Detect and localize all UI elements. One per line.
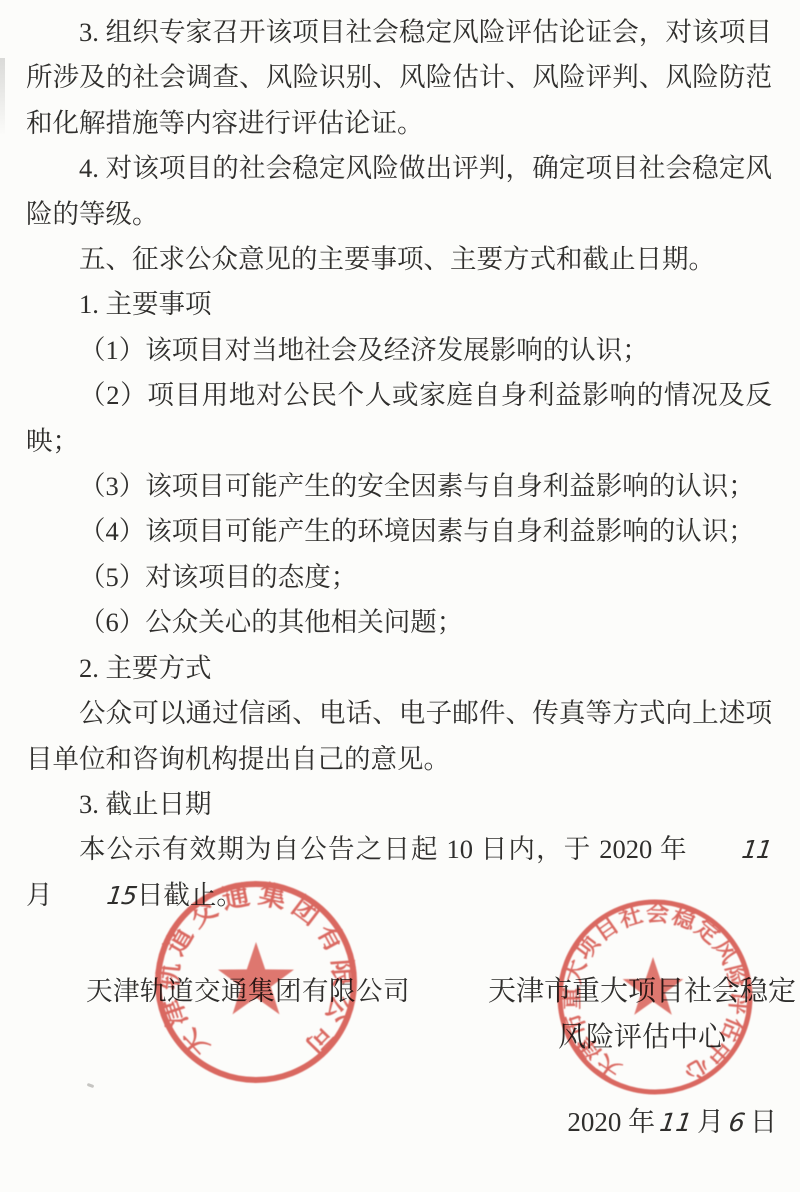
- handwritten-date-month: 11: [657, 1100, 695, 1145]
- paragraph-expert-review: 3. 组织专家召开该项目社会稳定风险评估论证会，对该项目所涉及的社会调查、风险识…: [26, 10, 772, 146]
- body-text: 3. 组织专家召开该项目社会稳定风险评估论证会，对该项目所涉及的社会调查、风险识…: [0, 0, 800, 918]
- date-day-unit: 日: [750, 1107, 777, 1137]
- handwritten-month: 11: [685, 827, 774, 872]
- star-icon: [623, 957, 684, 1015]
- paragraph-item-6: （6）公众关心的其他相关问题；: [26, 600, 772, 645]
- handwritten-day: 15: [50, 873, 139, 918]
- deadline-prefix: 本公示有效期为自公告之日起 10 日内，于 2020 年: [79, 834, 688, 864]
- paragraph-item-4: （4）该项目可能产生的环境因素与自身利益影响的认识；: [26, 509, 772, 554]
- date-month-unit: 月: [697, 1107, 724, 1137]
- paragraph-item-3: （3）该项目可能产生的安全因素与自身利益影响的认识；: [26, 464, 772, 509]
- deadline-month-unit: 月: [26, 880, 53, 910]
- paragraph-item-2: （2）项目用地对公民个人或家庭自身利益影响的情况及反映；: [26, 373, 772, 464]
- date-year: 2020 年: [567, 1107, 655, 1137]
- handwritten-date-day: 6: [726, 1100, 748, 1145]
- paragraph-section-five-heading: 五、征求公众意见的主要事项、主要方式和截止日期。: [26, 237, 772, 282]
- paragraph-main-items-heading: 1. 主要事项: [26, 282, 772, 327]
- paragraph-item-1: （1）该项目对当地社会及经济发展影响的认识；: [26, 328, 772, 373]
- paragraph-risk-judgement: 4. 对该项目的社会稳定风险做出评判，确定项目社会稳定风险的等级。: [26, 146, 772, 237]
- right-assessment-seal: 天津市重大项目社会稳定风险评估中心: [553, 895, 757, 1099]
- scan-artifact: [87, 1083, 95, 1088]
- paragraph-feedback-channels: 公众可以通过信函、电话、电子邮件、传真等方式向上述项目单位和咨询机构提出自己的意…: [26, 691, 772, 782]
- date-line: 2020 年11月6日: [567, 1100, 777, 1145]
- left-company-seal: 天津轨道交通集团有限公司: [150, 876, 362, 1088]
- paragraph-item-5: （5）对该项目的态度；: [26, 555, 772, 600]
- star-icon: [218, 942, 294, 1014]
- paragraph-deadline-heading: 3. 截止日期: [26, 782, 772, 827]
- document-page: 3. 组织专家召开该项目社会稳定风险评估论证会，对该项目所涉及的社会调查、风险识…: [0, 0, 800, 1192]
- paragraph-main-method-heading: 2. 主要方式: [26, 646, 772, 691]
